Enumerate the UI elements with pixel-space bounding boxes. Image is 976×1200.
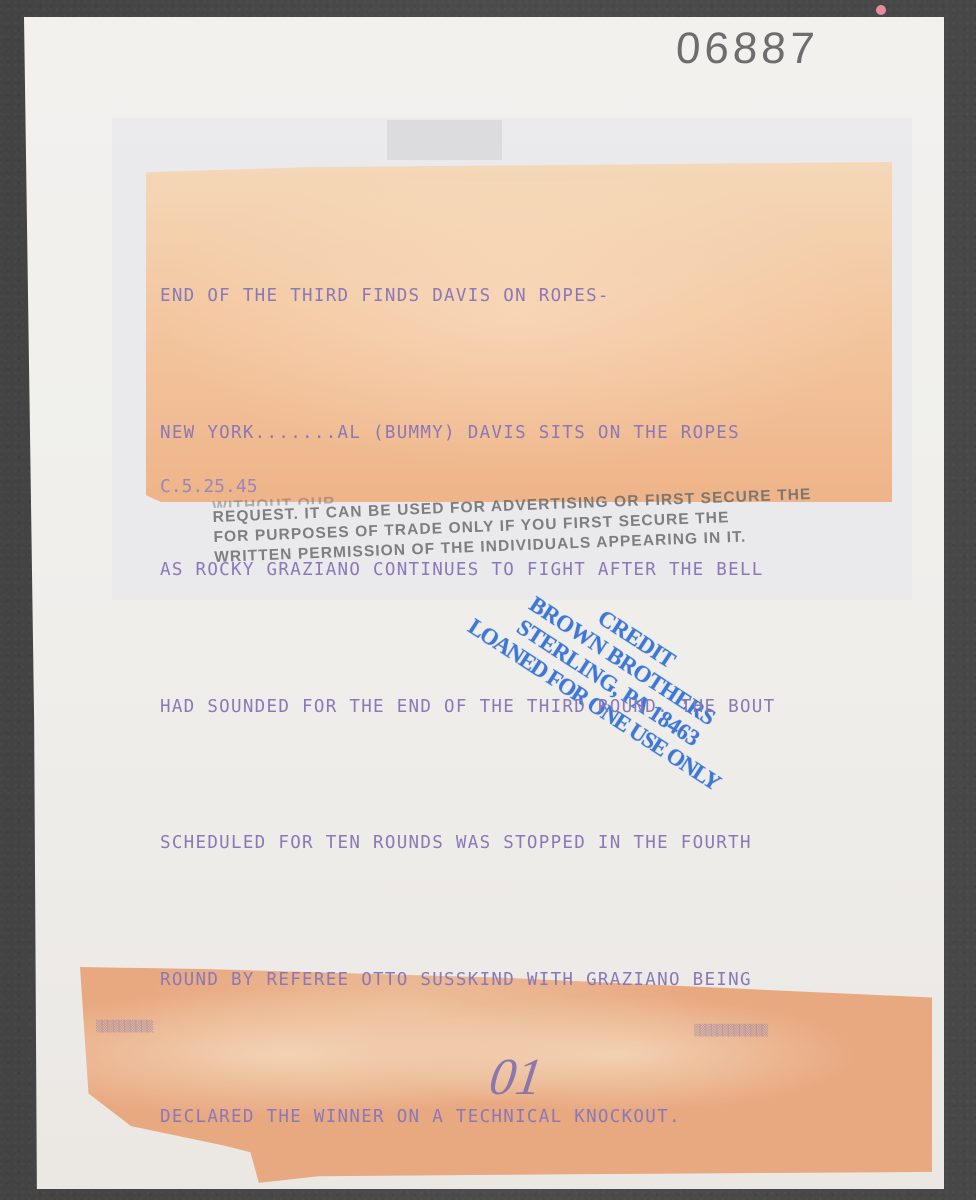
pencil-note: 01 bbox=[486, 1048, 546, 1107]
caption-headline: END OF THE THIRD FINDS DAVIS ON ROPES- bbox=[160, 274, 900, 320]
inventory-number: 06887 bbox=[675, 24, 820, 74]
caption-text: END OF THE THIRD FINDS DAVIS ON ROPES- N… bbox=[160, 183, 900, 1186]
caption-line: AS ROCKY GRAZIANO CONTINUES TO FIGHT AFT… bbox=[160, 548, 900, 594]
dateline-code: C.5.25.45 bbox=[160, 476, 258, 497]
faint-stamp-mark: ▒▒▒▒▒▒▒▒▒▒▒▒▒ bbox=[694, 1024, 767, 1037]
faint-stamp-mark: ▒▒▒▒▒▒▒▒▒▒ bbox=[96, 1020, 152, 1033]
caption-line: SCHEDULED FOR TEN ROUNDS WAS STOPPED IN … bbox=[160, 821, 900, 867]
caption-line: NEW YORK.......AL (BUMMY) DAVIS SITS ON … bbox=[160, 411, 900, 457]
caption-line: HAD SOUNDED FOR THE END OF THE THIRD ROU… bbox=[160, 685, 900, 731]
pin-marker bbox=[876, 5, 886, 15]
caption-line: ROUND BY REFEREE OTTO SUSSKIND WITH GRAZ… bbox=[160, 958, 900, 1004]
